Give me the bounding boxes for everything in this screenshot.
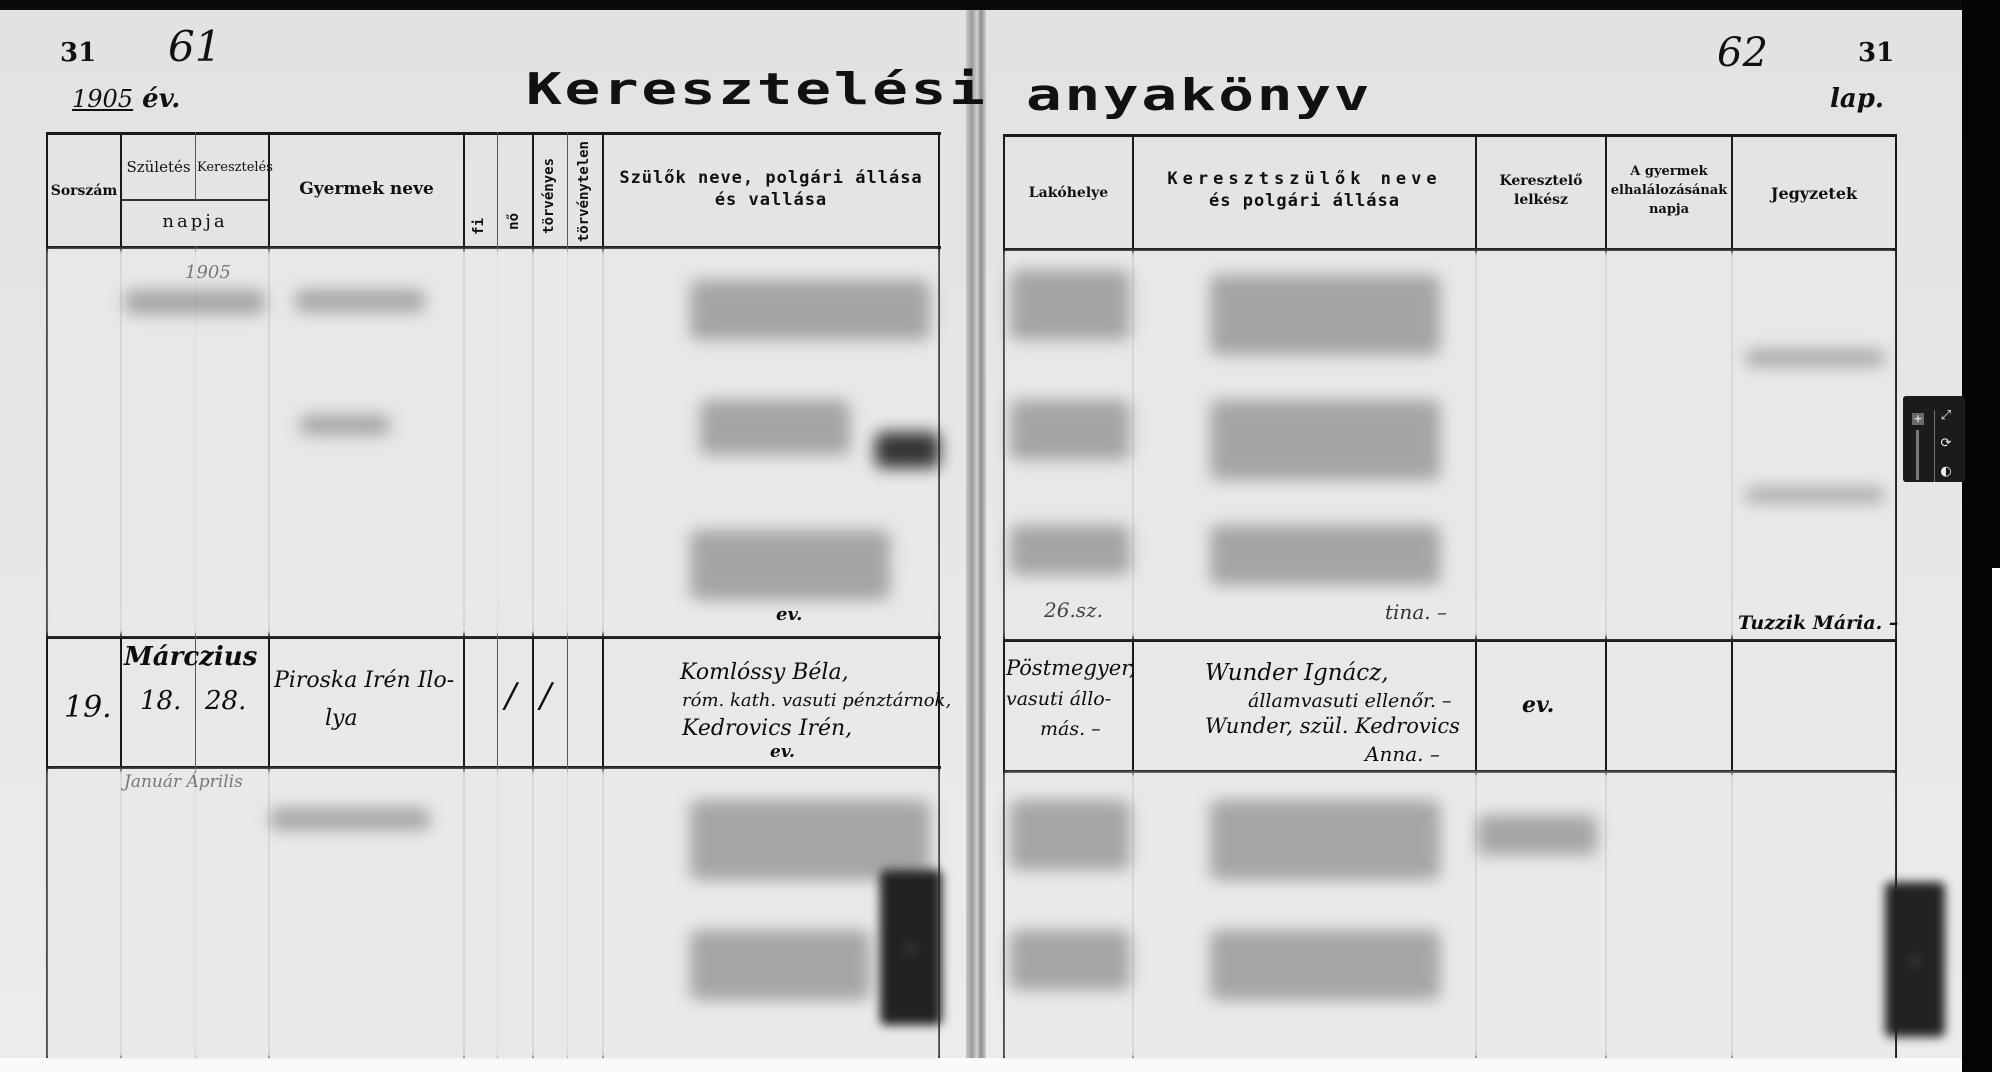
entry-residence-line1: Pöstmegyer, xyxy=(1006,656,1136,680)
header-torvenyes-text: törvényes xyxy=(541,158,557,234)
blurred-text xyxy=(690,530,890,600)
blurred-text xyxy=(1010,930,1130,990)
zoom-slider[interactable] xyxy=(1916,430,1919,480)
rotate-icon[interactable]: ⟳ xyxy=(1937,436,1955,451)
right-edge-black xyxy=(1992,0,2000,568)
blurred-text xyxy=(1210,525,1440,585)
title-right-word: anyakönyv xyxy=(1026,70,1372,121)
blurred-text xyxy=(1010,400,1130,460)
right-black-border xyxy=(1962,0,1992,1072)
header-keresztszulok-line1: Keresztszülők neve xyxy=(1134,168,1475,190)
right-table-top-rule xyxy=(1003,134,1897,137)
prev-year-mark: 1905 xyxy=(185,262,231,283)
prev-row-note: Tuzzik Mária. – xyxy=(1738,612,1898,634)
lap-label: lap. xyxy=(1830,84,1884,114)
right-edge-white xyxy=(1992,568,2000,1072)
header-elhalalozas-line2: elhalálozásának xyxy=(1607,181,1731,200)
left-row-rule xyxy=(46,766,941,769)
left-folio-number: 61 xyxy=(168,22,221,71)
header-szulok: Szülők neve, polgári állása és vallása xyxy=(604,167,938,211)
header-keresztszulok: Keresztszülők neve és polgári állása xyxy=(1134,168,1475,212)
entry-month: Márczius xyxy=(124,642,257,672)
header-keresztelo-line2: lelkész xyxy=(1477,191,1605,210)
entry-parents-line4: ev. xyxy=(770,742,795,762)
year-line: 1905 év. xyxy=(72,84,180,114)
header-keresztszulok-line2: és polgári állása xyxy=(1134,190,1475,212)
header-fi-text: fi xyxy=(471,218,487,235)
entry-godparents-line1: Wunder Ignácz, xyxy=(1205,660,1389,686)
right-header-bottom-rule xyxy=(1003,248,1897,251)
book-spine xyxy=(966,10,986,1058)
next-row-month: Január Április xyxy=(124,772,243,792)
blurred-text xyxy=(690,280,930,340)
entry-parents-line2: róm. kath. vasuti pénztárnok, xyxy=(682,690,951,711)
blurred-text xyxy=(1210,400,1440,480)
chevron-left-icon: ‹ xyxy=(907,936,915,960)
redacted-rows-upper-right xyxy=(1005,252,1893,637)
entry-parents-line1: Komlóssy Béla, xyxy=(680,660,849,685)
previous-page-button[interactable]: ‹ xyxy=(880,870,942,1025)
header-kereszteles: Keresztelés xyxy=(197,158,268,177)
prev-row-residence: 26.sz. xyxy=(1044,598,1103,622)
left-page-number: 31 xyxy=(60,38,96,68)
left-row-rule xyxy=(46,636,941,639)
expand-icon[interactable]: ⤢ xyxy=(1937,408,1955,423)
blurred-text xyxy=(125,290,265,314)
header-torvenytelen-text: törvénytelen xyxy=(576,141,592,242)
header-gyermek-neve: Gyermek neve xyxy=(270,180,463,199)
entry-residence-line2: vasuti állo- xyxy=(1006,688,1111,710)
year-suffix: év. xyxy=(142,84,180,114)
header-no: nő xyxy=(506,213,522,234)
entry-number: 19. xyxy=(64,690,112,725)
header-elhalalozas-line1: A gyermek xyxy=(1607,162,1731,181)
redacted-rows-lower-right xyxy=(1005,773,1893,1058)
header-jegyzetek: Jegyzetek xyxy=(1733,184,1895,203)
top-black-border xyxy=(0,0,2000,10)
blurred-text xyxy=(690,930,870,1000)
header-szulok-line2: és vallása xyxy=(604,189,938,211)
blurred-text xyxy=(1210,930,1440,1000)
right-row-rule xyxy=(1003,639,1897,642)
blurred-text xyxy=(1745,488,1885,502)
entry-residence-line3: más. – xyxy=(1040,718,1101,740)
right-folio-number: 62 xyxy=(1717,30,1768,76)
toolbar-divider xyxy=(1934,410,1935,482)
header-keresztelo: Keresztelő lelkész xyxy=(1477,172,1605,210)
entry-priest: ev. xyxy=(1522,692,1554,718)
header-no-text: nő xyxy=(506,213,522,230)
entry-no-mark: / xyxy=(505,676,516,716)
right-page-number: 31 xyxy=(1858,38,1894,68)
blurred-text xyxy=(1210,275,1440,355)
blurred-text xyxy=(1477,815,1597,855)
chevron-right-icon: › xyxy=(1911,948,1919,972)
left-header-bottom-rule xyxy=(46,246,941,249)
blurred-text xyxy=(1010,270,1130,340)
header-elhalalozas-line3: napja xyxy=(1607,200,1731,219)
prev-row-godparent-end: tina. – xyxy=(1385,600,1447,624)
entry-godparents-line4: Anna. – xyxy=(1365,742,1440,766)
blurred-text xyxy=(1010,525,1130,575)
next-page-button[interactable]: › xyxy=(1885,882,1945,1037)
header-szulok-line1: Szülők neve, polgári állása xyxy=(604,167,938,189)
header-fi: fi xyxy=(471,218,487,239)
blurred-text xyxy=(700,400,850,455)
entry-godparents-line2: államvasuti ellenőr. – xyxy=(1248,690,1452,712)
zoom-in-button[interactable]: + xyxy=(1912,413,1924,425)
contrast-icon[interactable]: ◐ xyxy=(1937,464,1955,479)
header-napja: napja xyxy=(122,212,268,231)
entry-birth-day: 18. xyxy=(140,686,181,716)
blurred-text xyxy=(1210,800,1440,880)
title-left-word: Keresztelési xyxy=(526,64,988,115)
blurred-text xyxy=(270,808,430,830)
blurred-text xyxy=(300,415,390,435)
year-handwritten: 1905 xyxy=(72,85,133,113)
blurred-text xyxy=(295,290,425,312)
entry-torvenyes-mark: / xyxy=(540,676,551,716)
header-keresztelo-line1: Keresztelő xyxy=(1477,172,1605,191)
blurred-text xyxy=(1745,350,1885,366)
entry-child-name-line1: Piroska Irén Ilo- xyxy=(274,668,454,693)
header-lakohelye: Lakóhelye xyxy=(1005,184,1132,203)
entry-parents-line3: Kedrovics Irén, xyxy=(682,716,852,741)
entry-godparents-line3: Wunder, szül. Kedrovics xyxy=(1205,714,1460,738)
blurred-dark-mark xyxy=(875,432,940,468)
prev-row-religion: ev. xyxy=(776,604,802,625)
entry-baptism-day: 28. xyxy=(205,686,246,716)
col-rule xyxy=(195,132,196,200)
header-torvenyes: törvényes xyxy=(541,158,557,238)
header-szuletes: Születés xyxy=(122,158,195,177)
header-elhalalozas: A gyermek elhalálozásának napja xyxy=(1607,162,1731,219)
blurred-text xyxy=(690,800,930,880)
blurred-text xyxy=(1010,800,1130,870)
entry-child-name-line2: lya xyxy=(325,706,358,731)
header-torvenytelen: törvénytelen xyxy=(576,141,592,246)
bottom-margin xyxy=(0,1058,1962,1072)
left-table-top-rule xyxy=(46,132,941,135)
header-sorszam: Sorszám xyxy=(48,182,120,201)
